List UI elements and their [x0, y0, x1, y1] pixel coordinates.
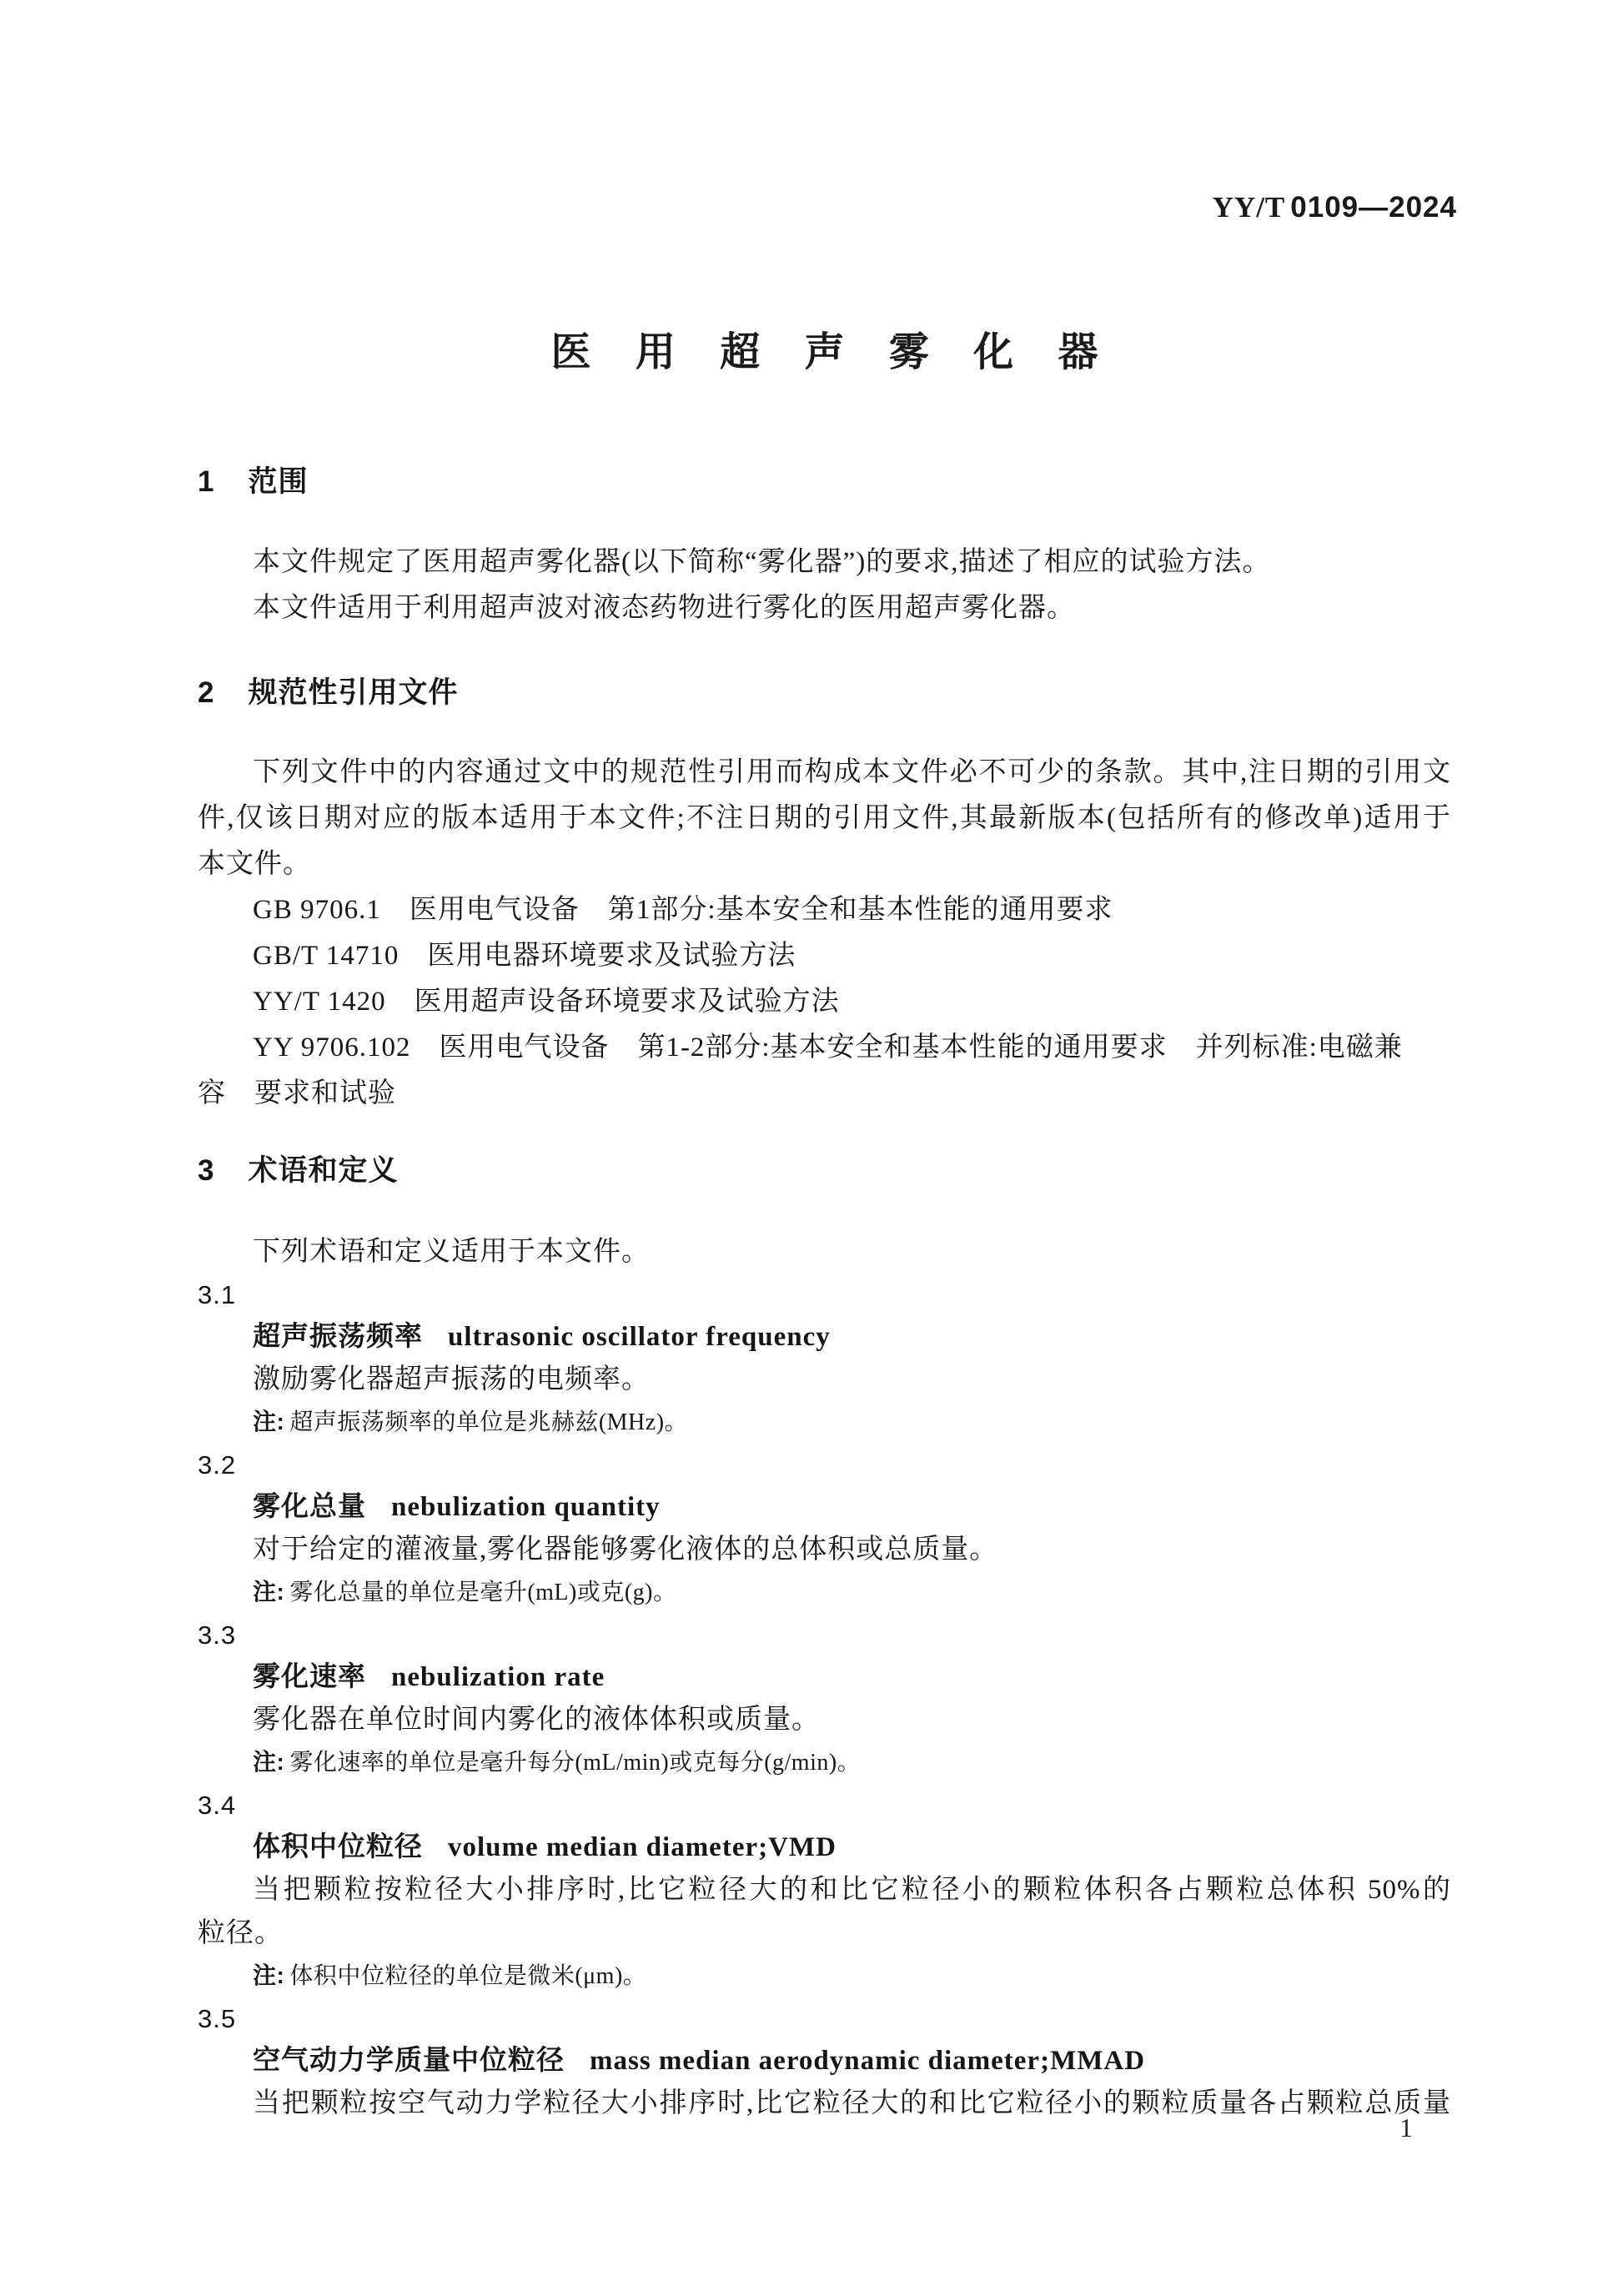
term-definition: 激励雾化器超声振荡的电频率。 [198, 1358, 1451, 1401]
term-note: 注:体积中位粒径的单位是微米(μm)。 [198, 1955, 1451, 1997]
reference-item: GB/T 14710 医用电器环境要求及试验方法 [198, 933, 1451, 979]
note-label: 注: [253, 1409, 284, 1434]
clause-number: 2 [198, 675, 214, 711]
term-note: 注:雾化总量的单位是毫升(mL)或克(g)。 [198, 1571, 1451, 1614]
term-name-cn: 雾化速率 [253, 1660, 366, 1691]
term-number: 3.3 [198, 1615, 1451, 1655]
document-body: 1范围 本文件规定了医用超声雾化器(以下简称“雾化器”)的要求,描述了相应的试验… [198, 0, 1451, 2125]
term-entry: 3.3 雾化速率nebulization rate 雾化器在单位时间内雾化的液体… [198, 1615, 1451, 1784]
reference-item-continuation: 容 要求和试验 [198, 1071, 1451, 1117]
heading-text: 术语和定义 [248, 1154, 398, 1187]
term-name-en: nebulization rate [391, 1662, 605, 1692]
term-name-cn: 体积中位粒径 [253, 1831, 423, 1861]
section-2-heading: 2规范性引用文件 [198, 675, 1451, 711]
term-definition-line: 当把颗粒按空气动力学粒径大小排序时,比它粒径大的和比它粒径小的颗粒质量各占颗粒总… [198, 2082, 1451, 2125]
term-definition-line: 当把颗粒按粒径大小排序时,比它粒径大的和比它粒径小的颗粒体积各占颗粒总体积 50… [198, 1868, 1451, 1912]
term-number: 3.1 [198, 1275, 1451, 1315]
paragraph-line: 本文件。 [198, 842, 1451, 887]
note-text: 体积中位粒径的单位是微米(μm)。 [289, 1963, 646, 1989]
section-3-heading: 3术语和定义 [198, 1153, 1451, 1189]
term-definition: 对于给定的灌液量,雾化器能够雾化液体的总体积或总质量。 [198, 1528, 1451, 1571]
note-text: 雾化速率的单位是毫升每分(mL/min)或克每分(g/min)。 [289, 1750, 861, 1776]
heading-text: 范围 [248, 465, 308, 498]
term-number: 3.2 [198, 1445, 1451, 1485]
section-1-heading: 1范围 [198, 464, 1451, 500]
reference-item: GB 9706.1 医用电气设备 第1部分:基本安全和基本性能的通用要求 [198, 887, 1451, 933]
term-name-cn: 超声振荡频率 [253, 1320, 423, 1351]
clause-number: 1 [198, 464, 214, 500]
term-name-cn: 空气动力学质量中位粒径 [253, 2044, 565, 2075]
term-name: 超声振荡频率ultrasonic oscillator frequency [198, 1315, 1451, 1358]
reference-item: YY 9706.102 医用电气设备 第1-2部分:基本安全和基本性能的通用要求… [198, 1025, 1451, 1071]
note-label: 注: [253, 1749, 284, 1775]
heading-text: 规范性引用文件 [248, 676, 458, 709]
note-text: 雾化总量的单位是毫升(mL)或克(g)。 [289, 1580, 676, 1605]
term-name: 空气动力学质量中位粒径mass median aerodynamic diame… [198, 2039, 1451, 2082]
note-text: 超声振荡频率的单位是兆赫兹(MHz)。 [289, 1409, 688, 1435]
term-name-en: nebulization quantity [391, 1492, 661, 1522]
paragraph: 本文件适用于利用超声波对液态药物进行雾化的医用超声雾化器。 [198, 585, 1451, 631]
paragraph-line: 下列文件中的内容通过文中的规范性引用而构成本文件必不可少的条款。其中,注日期的引… [198, 750, 1451, 796]
term-name-cn: 雾化总量 [253, 1490, 366, 1521]
term-number: 3.4 [198, 1786, 1451, 1826]
term-name: 雾化总量nebulization quantity [198, 1485, 1451, 1528]
term-name-en: volume median diameter;VMD [448, 1832, 837, 1862]
term-name-en: mass median aerodynamic diameter;MMAD [590, 2046, 1145, 2076]
page-number: 1 [1399, 2113, 1413, 2143]
document-page: YY/T0109—2024 医 用 超 声 雾 化 器 1范围 本文件规定了医用… [0, 0, 1623, 2296]
note-label: 注: [253, 1962, 284, 1988]
paragraph: 下列术语和定义适用于本文件。 [198, 1229, 1451, 1275]
reference-item: YY/T 1420 医用超声设备环境要求及试验方法 [198, 979, 1451, 1025]
term-note: 注:超声振荡频率的单位是兆赫兹(MHz)。 [198, 1401, 1451, 1444]
term-name-en: ultrasonic oscillator frequency [448, 1322, 831, 1352]
term-entry: 3.4 体积中位粒径volume median diameter;VMD 当把颗… [198, 1786, 1451, 1997]
term-name: 雾化速率nebulization rate [198, 1655, 1451, 1698]
clause-number: 3 [198, 1153, 214, 1189]
term-note: 注:雾化速率的单位是毫升每分(mL/min)或克每分(g/min)。 [198, 1741, 1451, 1784]
term-entry: 3.1 超声振荡频率ultrasonic oscillator frequenc… [198, 1275, 1451, 1444]
term-entry: 3.5 空气动力学质量中位粒径mass median aerodynamic d… [198, 1999, 1451, 2125]
term-definition: 雾化器在单位时间内雾化的液体体积或质量。 [198, 1698, 1451, 1741]
paragraph: 本文件规定了医用超声雾化器(以下简称“雾化器”)的要求,描述了相应的试验方法。 [198, 540, 1451, 585]
term-name: 体积中位粒径volume median diameter;VMD [198, 1826, 1451, 1868]
term-number: 3.5 [198, 1999, 1451, 2039]
paragraph-line: 件,仅该日期对应的版本适用于本文件;不注日期的引用文件,其最新版本(包括所有的修… [198, 796, 1451, 842]
term-definition-line: 粒径。 [198, 1912, 1451, 1955]
term-entry: 3.2 雾化总量nebulization quantity 对于给定的灌液量,雾… [198, 1445, 1451, 1614]
normative-references-list: GB 9706.1 医用电气设备 第1部分:基本安全和基本性能的通用要求 GB/… [198, 887, 1451, 1117]
note-label: 注: [253, 1579, 284, 1605]
